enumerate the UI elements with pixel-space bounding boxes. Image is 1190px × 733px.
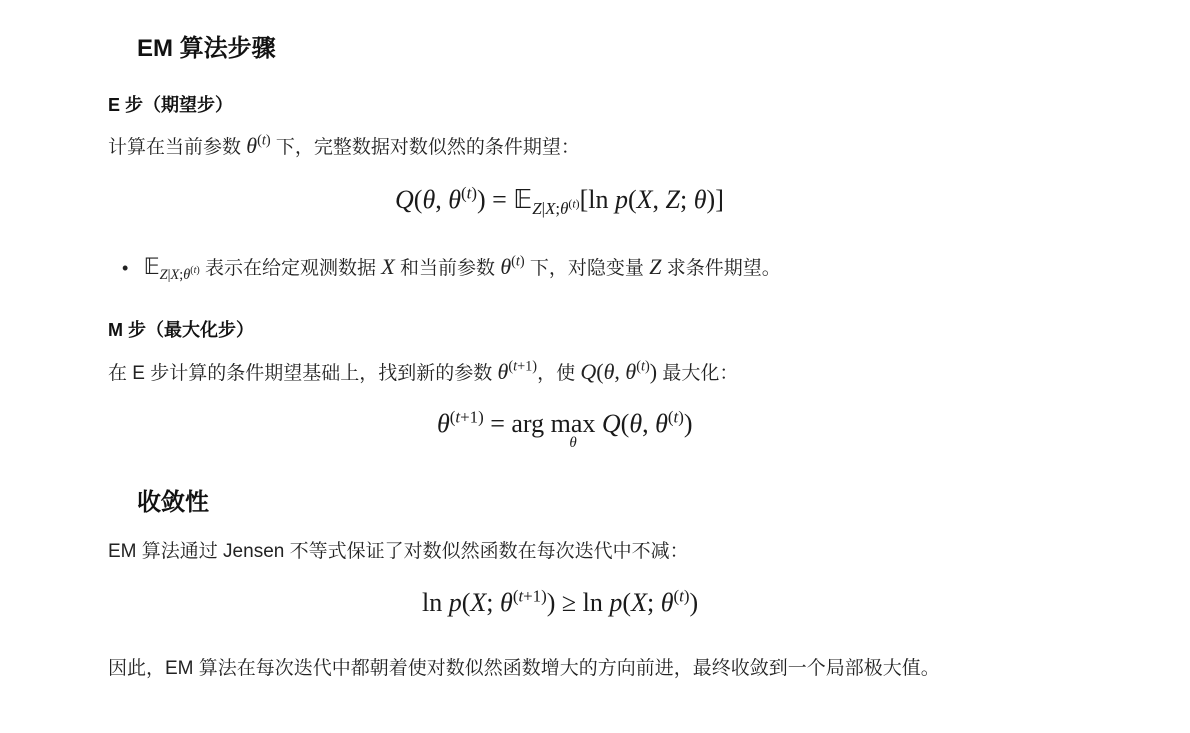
math-theta-t: θ(t) [500, 254, 524, 279]
conclusion-paragraph: 因此，EM 算法在每次迭代中都朝着使对数似然函数增大的方向前进，最终收敛到一个局… [108, 653, 940, 680]
equation-argmax: θ(t+1) = arg maxθ Q(θ, θ(t)) [437, 408, 693, 439]
math-theta-t: θ(t) [246, 133, 270, 158]
math-Z: Z [649, 254, 661, 279]
section-heading-convergence: 收敛性 [137, 482, 209, 517]
text: ，使 [537, 363, 575, 384]
text: 求条件期望。 [667, 258, 781, 279]
text: 和当前参数 [400, 258, 495, 279]
bullet-item: • 𝔼Z|X;θ(t) 表示在给定观测数据 X 和当前参数 θ(t) 下，对隐变… [122, 253, 781, 280]
math-theta-t1: θ(t+1) [498, 359, 538, 384]
math-q-function: Q(θ, θ(t)) [580, 359, 657, 384]
subsection-heading-m-step: M 步（最大化步） [108, 316, 254, 342]
text: 最大化： [662, 363, 738, 384]
math-X: X [381, 254, 394, 279]
bullet-icon: • [122, 258, 128, 278]
e-step-intro: 计算在当前参数 θ(t) 下，完整数据对数似然的条件期望： [108, 132, 580, 159]
text: 表示在给定观测数据 [205, 258, 376, 279]
equation-q-function: Q(θ, θ(t)) = 𝔼Z|X;θ(t)[ln p(X, Z; θ)] [395, 184, 724, 215]
equation-convergence-inequality: ln p(X; θ(t+1)) ≥ ln p(X; θ(t)) [422, 587, 698, 618]
section-heading-em-steps: EM 算法步骤 [137, 28, 276, 63]
convergence-paragraph: EM 算法通过 Jensen 不等式保证了对数似然函数在每次迭代中不减： [108, 536, 689, 563]
text: 下，对隐变量 [530, 258, 644, 279]
subsection-heading-e-step: E 步（期望步） [108, 91, 233, 117]
text: 在 E 步计算的条件期望基础上，找到新的参数 [108, 363, 492, 384]
math-expectation-symbol: 𝔼Z|X;θ(t) [144, 254, 200, 279]
text: 下，完整数据对数似然的条件期望： [276, 137, 580, 158]
m-step-intro: 在 E 步计算的条件期望基础上，找到新的参数 θ(t+1)，使 Q(θ, θ(t… [108, 358, 738, 385]
text: 计算在当前参数 [108, 137, 241, 158]
